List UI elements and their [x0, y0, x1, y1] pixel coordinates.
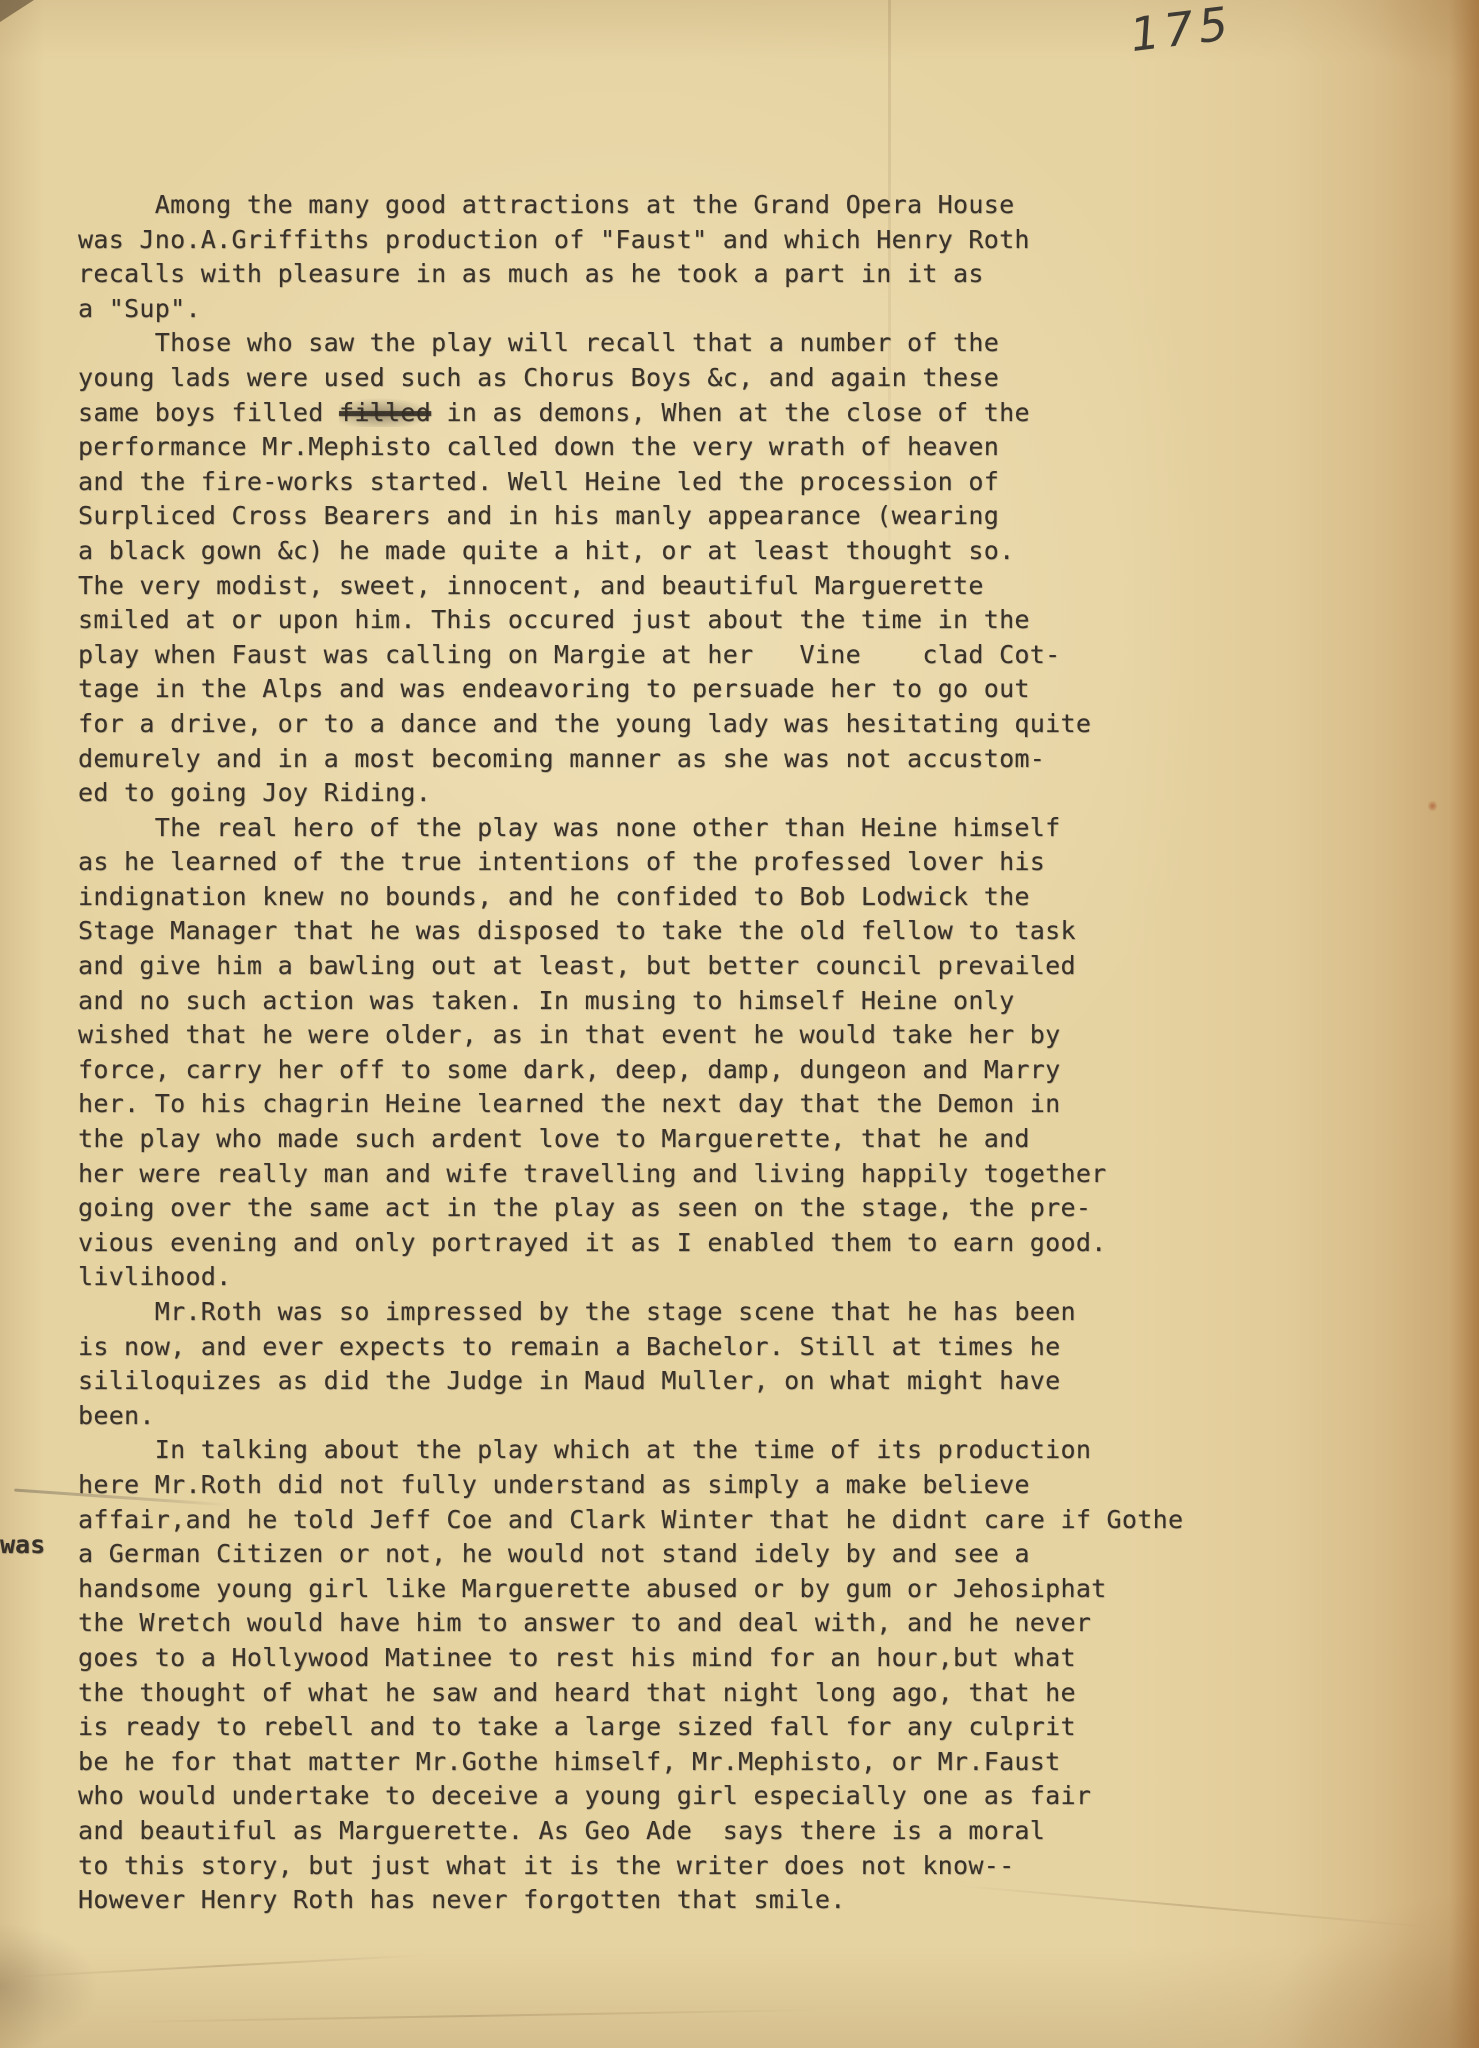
text-line: The very modist, sweet, innocent, and be…: [78, 569, 1473, 604]
text-line: her were really man and wife travelling …: [78, 1157, 1473, 1192]
text-line: However Henry Roth has never forgotten t…: [78, 1883, 1473, 1918]
text-line: vious evening and only portrayed it as I…: [78, 1226, 1473, 1261]
text-line: and no such action was taken. In musing …: [78, 984, 1473, 1019]
text-line: wished that he were older, as in that ev…: [78, 1018, 1473, 1053]
text-line: indignation knew no bounds, and he confi…: [78, 880, 1473, 915]
crease-line: [10, 1954, 430, 1978]
text-line: ed to going Joy Riding.: [78, 776, 1473, 811]
text-line: the play who made such ardent love to Ma…: [78, 1122, 1473, 1157]
text-line: affair,and he told Jeff Coe and Clark Wi…: [78, 1503, 1473, 1538]
text-line: play when Faust was calling on Margie at…: [78, 638, 1473, 673]
text-line: and give him a bawling out at least, but…: [78, 949, 1473, 984]
text-line: Those who saw the play will recall that …: [78, 326, 1473, 361]
text-line: smiled at or upon him. This occured just…: [78, 603, 1473, 638]
text-line: was Jno.A.Griffiths production of "Faust…: [78, 223, 1473, 258]
text-line: goes to a Hollywood Matinee to rest his …: [78, 1641, 1473, 1676]
text-line: In talking about the play which at the t…: [78, 1433, 1473, 1468]
text-line: be he for that matter Mr.Gothe himself, …: [78, 1745, 1473, 1780]
text-line: recalls with pleasure in as much as he t…: [78, 257, 1473, 292]
margin-note: was: [0, 1530, 45, 1559]
text-line: her. To his chagrin Heine learned the ne…: [78, 1087, 1473, 1122]
text-line: force, carry her off to some dark, deep,…: [78, 1053, 1473, 1088]
text-line: Mr.Roth was so impressed by the stage sc…: [78, 1295, 1473, 1330]
text-line: to this story, but just what it is the w…: [78, 1849, 1473, 1884]
struck-word: filled: [339, 398, 431, 427]
crease-line: [120, 2009, 820, 2023]
typewritten-text: Among the many good attractions at the G…: [78, 188, 1473, 1918]
text-line: is ready to rebell and to take a large s…: [78, 1710, 1473, 1745]
text-line: a German Citizen or not, he would not st…: [78, 1537, 1473, 1572]
text-line: same boys filled filled in as demons, Wh…: [78, 396, 1473, 431]
text-line: for a drive, or to a dance and the young…: [78, 707, 1473, 742]
text-line: and the fire-works started. Well Heine l…: [78, 465, 1473, 500]
text-line: performance Mr.Mephisto called down the …: [78, 430, 1473, 465]
text-line: as he learned of the true intentions of …: [78, 845, 1473, 880]
document-page: 175 was Among the many good attractions …: [0, 0, 1479, 2048]
corner-shadow: [0, 0, 34, 22]
text-line: livlihood.: [78, 1260, 1473, 1295]
text-line: tage in the Alps and was endeavoring to …: [78, 672, 1473, 707]
text-line: a black gown &c) he made quite a hit, or…: [78, 534, 1473, 569]
text-line: sililoquizes as did the Judge in Maud Mu…: [78, 1364, 1473, 1399]
text-line: the Wretch would have him to answer to a…: [78, 1606, 1473, 1641]
text-line: and beautiful as Marguerette. As Geo Ade…: [78, 1814, 1473, 1849]
text-line: a "Sup".: [78, 292, 1473, 327]
text-line: young lads were used such as Chorus Boys…: [78, 361, 1473, 396]
text-line: is now, and ever expects to remain a Bac…: [78, 1330, 1473, 1365]
text-line: Stage Manager that he was disposed to ta…: [78, 914, 1473, 949]
text-line: going over the same act in the play as s…: [78, 1191, 1473, 1226]
text-line: demurely and in a most becoming manner a…: [78, 742, 1473, 777]
text-line: handsome young girl like Marguerette abu…: [78, 1572, 1473, 1607]
text-line: Among the many good attractions at the G…: [78, 188, 1473, 223]
text-line: the thought of what he saw and heard tha…: [78, 1676, 1473, 1711]
text-line: been.: [78, 1399, 1473, 1434]
text-line: Surpliced Cross Bearers and in his manly…: [78, 499, 1473, 534]
text-line: who would undertake to deceive a young g…: [78, 1779, 1473, 1814]
text-line: The real hero of the play was none other…: [78, 811, 1473, 846]
text-line: here Mr.Roth did not fully understand as…: [78, 1468, 1473, 1503]
handwritten-page-number: 175: [1127, 0, 1236, 62]
